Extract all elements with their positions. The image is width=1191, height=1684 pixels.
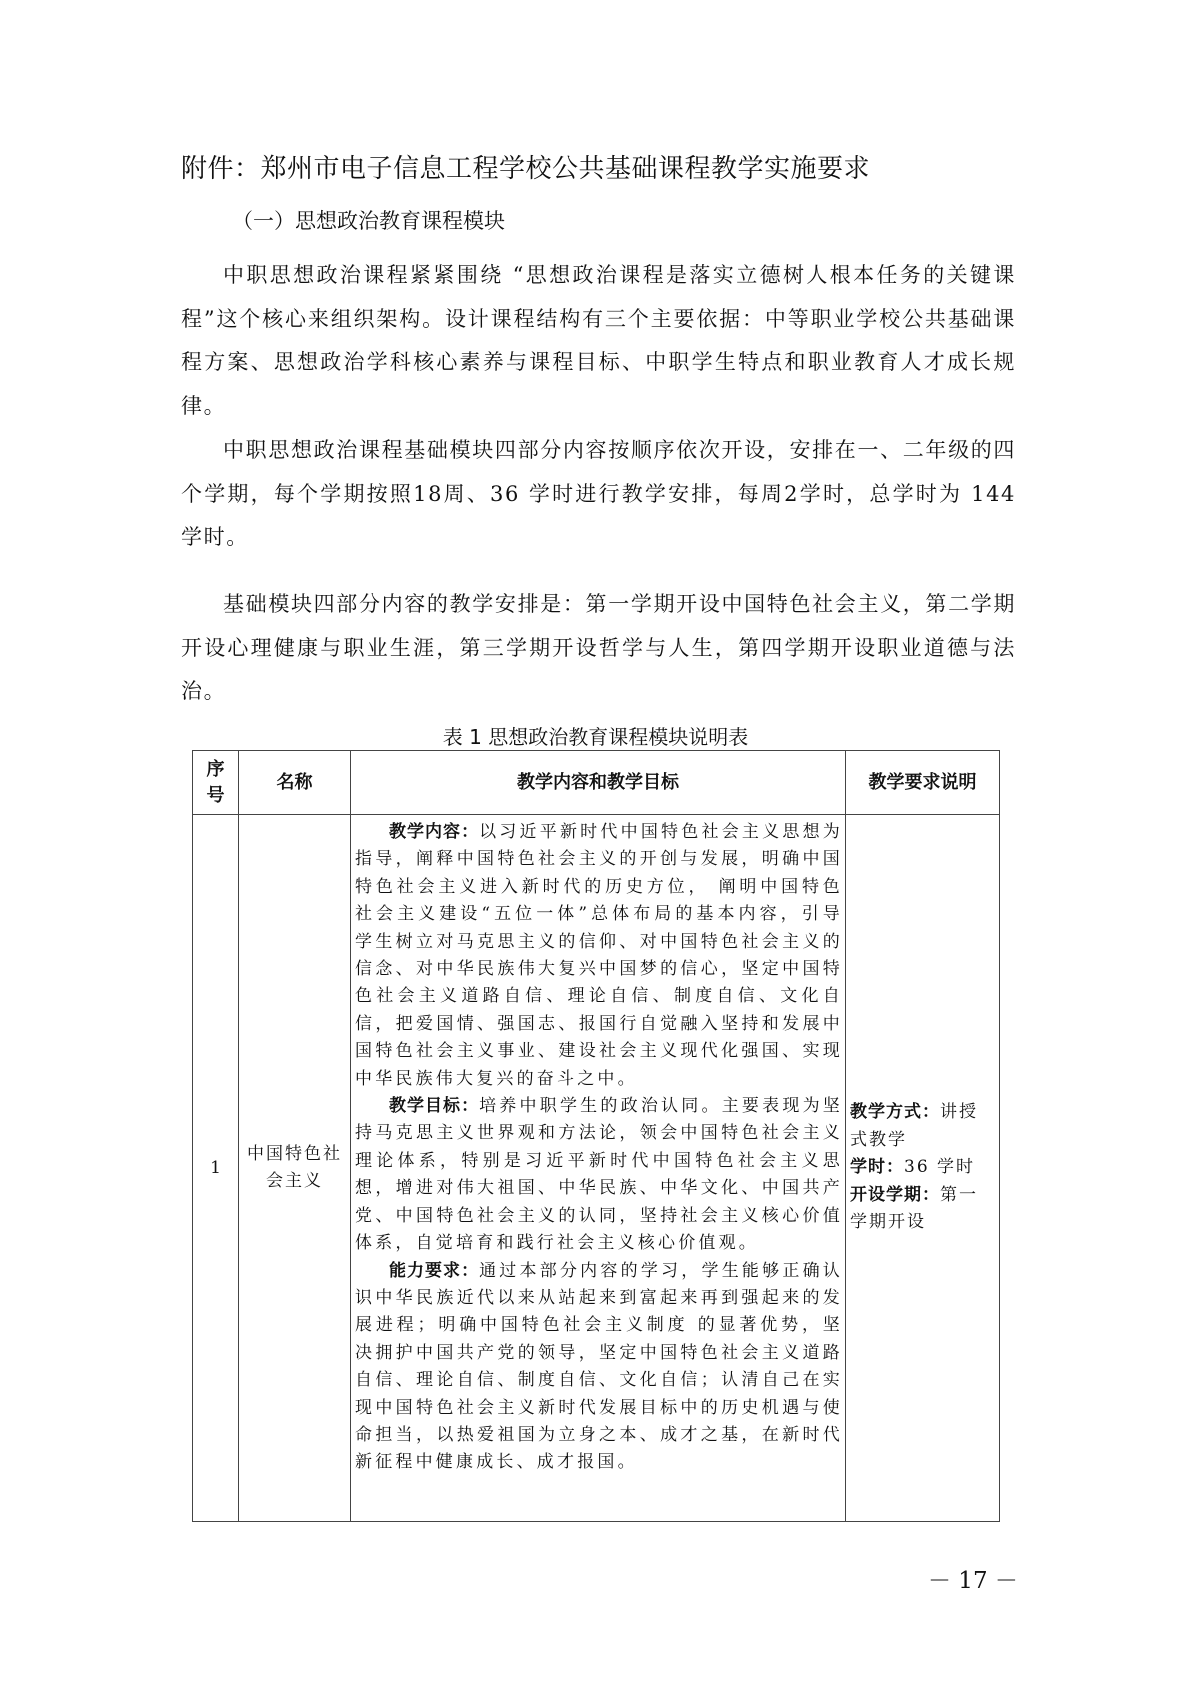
ability-block: 能力要求：通过本部分内容的学习，学生能够正确认识中华民族近代以来从站起来到富起来… — [355, 1258, 843, 1477]
header-seq-line1: 序 — [193, 757, 238, 783]
ability-text: 通过本部分内容的学习，学生能够正确认识中华民族近代以来从站起来到富起来再到强起来… — [355, 1261, 843, 1473]
cell-content: 教学内容：以习近平新时代中国特色社会主义思想为指导，阐释中国特色社会主义的开创与… — [351, 815, 846, 1522]
header-seq-line2: 号 — [193, 783, 238, 809]
hours-line: 学时：36 学时 — [850, 1154, 995, 1181]
teaching-goal-label: 教学目标： — [389, 1096, 479, 1116]
table-header-row: 序 号 名称 教学内容和教学目标 教学要求说明 — [193, 751, 1000, 815]
page-number: － 17 － — [928, 1562, 1018, 1595]
teaching-goal-text: 培养中职学生的政治认同。主要表现为坚持马克思主义世界观和方法论，领会中国特色社会… — [355, 1096, 843, 1253]
header-name: 名称 — [239, 751, 351, 815]
hours-label: 学时： — [850, 1157, 904, 1177]
header-content: 教学内容和教学目标 — [351, 751, 846, 815]
teaching-content-block: 教学内容：以习近平新时代中国特色社会主义思想为指导，阐释中国特色社会主义的开创与… — [355, 819, 843, 1093]
header-requirements: 教学要求说明 — [846, 751, 1000, 815]
table-caption: 表 1 思想政治教育课程模块说明表 — [0, 721, 1191, 750]
header-seq: 序 号 — [193, 751, 239, 815]
cell-requirements: 教学方式：讲授式教学 学时：36 学时 开设学期：第一学期开设 — [846, 815, 1000, 1522]
paragraph: 中职思想政治课程紧紧围绕 “思想政治课程是落实立德树人根本任务的关键课程”这个核… — [181, 254, 1016, 428]
teaching-content-label: 教学内容： — [389, 822, 479, 842]
semester-label: 开设学期： — [850, 1185, 940, 1205]
paragraph: 中职思想政治课程基础模块四部分内容按顺序依次开设，安排在一、二年级的四个学期，每… — [181, 429, 1016, 560]
teaching-content-text: 以习近平新时代中国特色社会主义思想为指导，阐释中国特色社会主义的开创与发展，明确… — [355, 822, 843, 1089]
semester-line: 开设学期：第一学期开设 — [850, 1182, 995, 1237]
section-heading: （一）思想政治教育课程模块 — [232, 205, 505, 235]
hours-value: 36 学时 — [904, 1157, 975, 1177]
teaching-goal-block: 教学目标：培养中职学生的政治认同。主要表现为坚持马克思主义世界观和方法论，领会中… — [355, 1093, 843, 1257]
method-label: 教学方式： — [850, 1102, 940, 1122]
course-module-table: 序 号 名称 教学内容和教学目标 教学要求说明 1 中国特色社会主义 教学内容：… — [192, 750, 1000, 1522]
document-title: 附件：郑州市电子信息工程学校公共基础课程教学实施要求 — [181, 148, 870, 185]
paragraph: 基础模块四部分内容的教学安排是：第一学期开设中国特色社会主义，第二学期开设心理健… — [181, 583, 1016, 714]
table-row: 1 中国特色社会主义 教学内容：以习近平新时代中国特色社会主义思想为指导，阐释中… — [193, 815, 1000, 1522]
cell-seq: 1 — [193, 815, 239, 1522]
method-line: 教学方式：讲授式教学 — [850, 1099, 995, 1154]
document-page: 附件：郑州市电子信息工程学校公共基础课程教学实施要求 （一）思想政治教育课程模块… — [0, 0, 1191, 1684]
cell-name: 中国特色社会主义 — [239, 815, 351, 1522]
ability-label: 能力要求： — [389, 1261, 479, 1281]
